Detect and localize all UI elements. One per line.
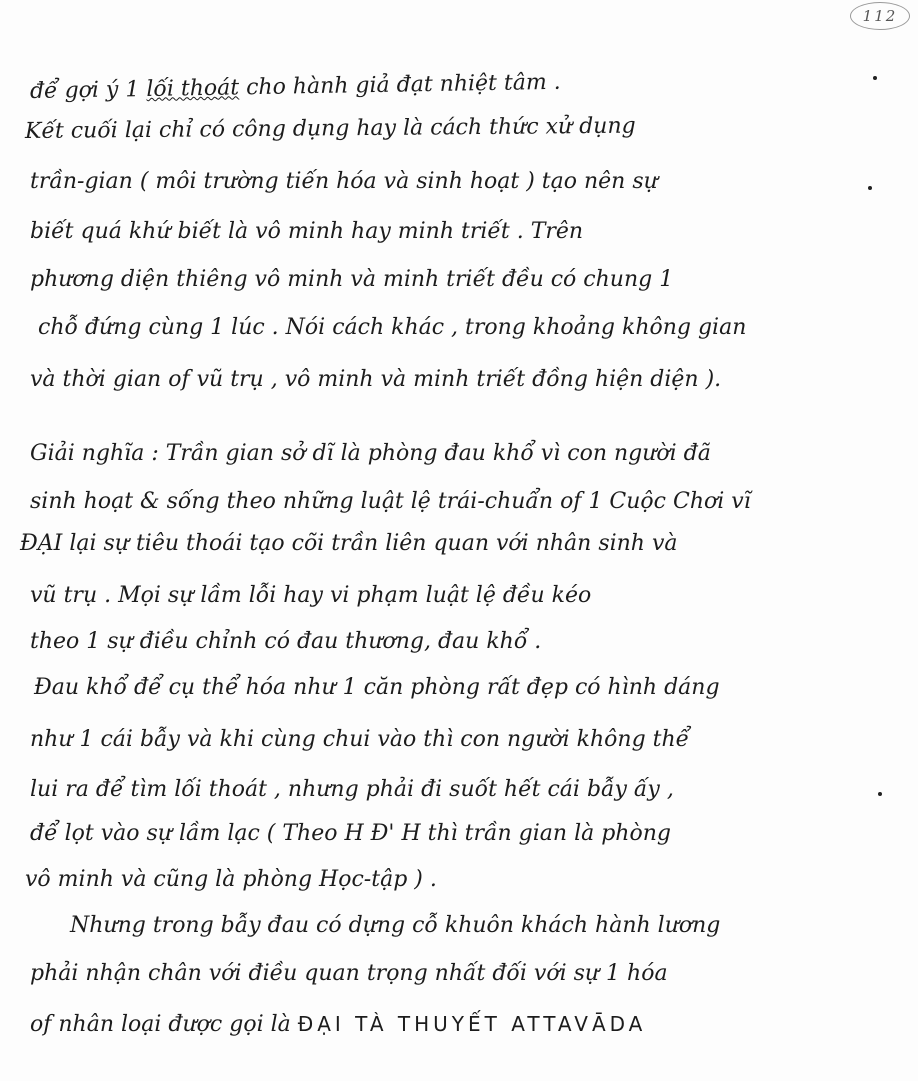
line-15: lui ra để tìm lối thoát , nhưng phải đi … bbox=[30, 776, 674, 804]
page-number: 112 bbox=[850, 2, 910, 30]
line-17: vô minh và cũng là phòng Học-tập ) . bbox=[25, 866, 437, 894]
line-14: như 1 cái bẫy và khi cùng chui vào thì c… bbox=[30, 726, 689, 754]
line-5: phương diện thiêng vô minh và minh triết… bbox=[30, 266, 673, 294]
line-7: và thời gian of vũ trụ , vô minh và minh… bbox=[30, 366, 721, 394]
line-1-text-before: để gợi ý 1 bbox=[30, 77, 147, 104]
ink-speck bbox=[873, 76, 877, 80]
line-2: Kết cuối lại chỉ có công dụng hay là các… bbox=[25, 113, 636, 146]
line-8: Giải nghĩa : Trần gian sở dĩ là phòng đa… bbox=[30, 440, 711, 468]
underlined-phrase: lối thoát bbox=[146, 75, 239, 102]
line-9: sinh hoạt & sống theo những luật lệ trái… bbox=[30, 488, 751, 516]
line-13: Đau khổ để cụ thể hóa như 1 căn phòng rấ… bbox=[34, 674, 720, 702]
manuscript-page: 112 để gợi ý 1 lối thoát cho hành giả đạ… bbox=[0, 0, 918, 1081]
line-18: Nhưng trong bẫy đau có dựng cỗ khuôn khá… bbox=[70, 912, 720, 940]
ink-speck bbox=[878, 792, 882, 796]
line-10: ĐẠI lại sự tiêu thoái tạo cõi trần liên … bbox=[20, 530, 678, 558]
line-16: để lọt vào sự lầm lạc ( Theo H Đ' H thì … bbox=[30, 820, 671, 848]
line-6: chỗ đứng cùng 1 lúc . Nói cách khác , tr… bbox=[38, 314, 746, 342]
line-4: biết quá khứ biết là vô minh hay minh tr… bbox=[30, 218, 583, 246]
line-19: phải nhận chân với điều quan trọng nhất … bbox=[30, 960, 668, 988]
line-3: trần-gian ( môi trường tiến hóa và sinh … bbox=[30, 168, 658, 196]
line-11: vũ trụ . Mọi sự lầm lỗi hay vi phạm luật… bbox=[30, 582, 591, 610]
line-12: theo 1 sự điều chỉnh có đau thương, đau … bbox=[30, 628, 541, 656]
term-attavada: ĐẠI TÀ THUYẾT ATTAVĀDA bbox=[298, 1012, 647, 1036]
line-20-text-before: of nhân loại được gọi là bbox=[30, 1012, 298, 1037]
line-20: of nhân loại được gọi là ĐẠI TÀ THUYẾT A… bbox=[30, 1010, 646, 1039]
ink-speck bbox=[868, 186, 872, 190]
line-1: để gợi ý 1 lối thoát cho hành giả đạt nh… bbox=[30, 69, 561, 106]
line-1-text-after: cho hành giả đạt nhiệt tâm . bbox=[239, 70, 561, 101]
